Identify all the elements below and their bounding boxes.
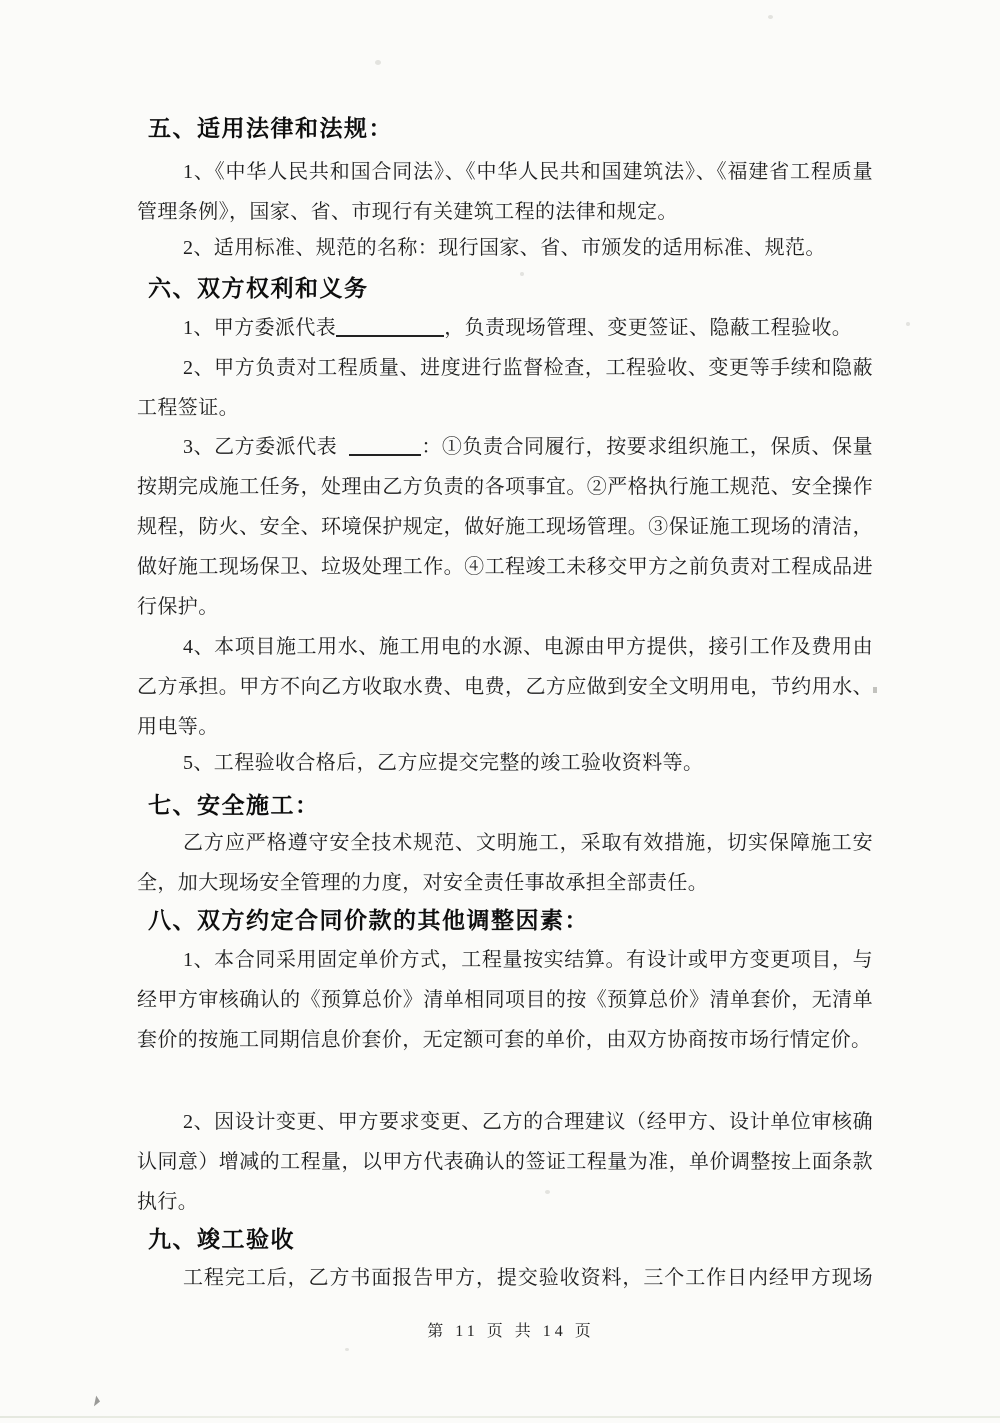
scan-speckle xyxy=(545,1190,550,1194)
section-7-heading: 七、安全施工： xyxy=(148,784,888,826)
section-6-clause-3: 3、乙方委派代表：①负责合同履行，按要求组织施工，保质、保量按期完成施工任务，处… xyxy=(137,427,873,627)
section-9-body: 工程完工后，乙方书面报告甲方，提交验收资料，三个工作日内经甲方现场 xyxy=(137,1258,873,1298)
section-6-clause-2: 2、甲方负责对工程质量、进度进行监督检查，工程验收、变更等手续和隐蔽工程签证。 xyxy=(137,348,873,428)
scan-edge-line xyxy=(0,1416,1000,1418)
section-8-heading: 八、双方约定合同价款的其他调整因素： xyxy=(148,899,888,941)
section-6-clause-5: 5、工程验收合格后，乙方应提交完整的竣工验收资料等。 xyxy=(137,743,873,783)
scan-speckle xyxy=(906,322,910,326)
section-8-clause-2: 2、因设计变更、甲方要求变更、乙方的合理建议（经甲方、设计单位审核确认同意）增减… xyxy=(137,1102,873,1222)
scan-speckle xyxy=(375,60,381,65)
section-8-clause-1: 1、本合同采用固定单价方式，工程量按实结算。有设计或甲方变更项目，与经甲方审核确… xyxy=(137,940,873,1060)
scan-mark xyxy=(873,687,877,693)
section-5-clause-1: 1、《中华人民共和国合同法》、《中华人民共和国建筑法》、《福建省工程质量管理条例… xyxy=(137,152,873,232)
section-6-clause-1: 1、甲方委派代表，负责现场管理、变更签证、隐蔽工程验收。 xyxy=(137,308,873,348)
clause-text: 1、甲方委派代表 xyxy=(183,317,336,339)
clause-text: ，负责现场管理、变更签证、隐蔽工程验收。 xyxy=(444,317,852,339)
scan-speckle xyxy=(768,15,773,19)
clause-text: 3、乙方委派代表 xyxy=(183,436,337,458)
underline-blank xyxy=(349,434,421,456)
scan-speckle xyxy=(520,272,524,276)
section-5-heading: 五、适用法律和法规： xyxy=(148,107,888,149)
section-9-heading: 九、竣工验收 xyxy=(148,1218,888,1260)
clause-text: ：①负责合同履行，按要求组织施工，保质、保量按期完成施工任务，处理由乙方负责的各… xyxy=(137,436,873,618)
section-6-heading: 六、双方权利和义务 xyxy=(148,267,888,309)
scan-mark-arrow xyxy=(94,1396,101,1408)
section-5-clause-2: 2、适用标准、规范的名称：现行国家、省、市颁发的适用标准、规范。 xyxy=(137,228,873,268)
scan-speckle xyxy=(345,1348,349,1351)
section-7-body: 乙方应严格遵守安全技术规范、文明施工，采取有效措施，切实保障施工安全，加大现场安… xyxy=(137,823,873,903)
scanned-contract-page: 五、适用法律和法规： 1、《中华人民共和国合同法》、《中华人民共和国建筑法》、《… xyxy=(0,0,1000,1423)
page-number-footer: 第 11 页 共 14 页 xyxy=(0,1318,1000,1341)
underline-blank xyxy=(336,315,444,337)
section-6-clause-4: 4、本项目施工用水、施工用电的水源、电源由甲方提供，接引工作及费用由乙方承担。甲… xyxy=(137,627,873,747)
